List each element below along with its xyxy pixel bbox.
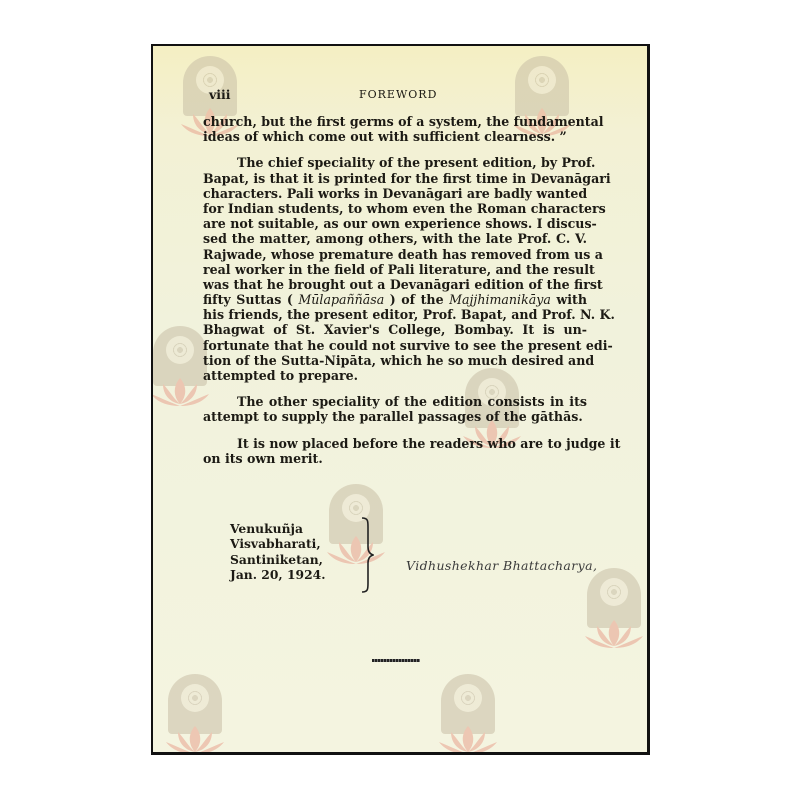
text-line: church, but the first germs of a system,…	[203, 114, 587, 129]
text-line: The other speciality of the edition cons…	[203, 394, 587, 409]
text-line: Rajwade, whose premature death has remov…	[203, 247, 587, 262]
text-line-with-italics: fifty Suttas ( Mūlapaññāsa ) of the Majj…	[203, 292, 587, 307]
text-line: for Indian students, to whom even the Ro…	[203, 201, 587, 216]
signer-name: Vidhushekhar Bhattacharya,	[406, 558, 597, 573]
italic-title: Mūlapaññāsa	[298, 292, 384, 307]
page-number: viii	[209, 87, 231, 102]
text-line: ideas of which come out with sufficient …	[203, 129, 587, 144]
text-line: fortunate that he could not survive to s…	[203, 338, 587, 353]
text-line: characters. Pali works in Devanāgari are…	[203, 186, 587, 201]
text-line: on its own merit.	[203, 451, 587, 466]
text-line: are not suitable, as our own experience …	[203, 216, 587, 231]
text-line: attempted to prepare.	[203, 368, 587, 383]
text-line: attempt to supply the parallel passages …	[203, 409, 587, 424]
text-line: tion of the Sutta-Nipāta, which he so mu…	[203, 353, 587, 368]
italic-title: Majjhimanikāya	[449, 292, 551, 307]
text-line: sed the matter, among others, with the l…	[203, 231, 587, 246]
page-header: viii FOREWORD	[209, 87, 589, 103]
end-ornament	[372, 659, 420, 662]
text-line: Bhagwat of St. Xavier's College, Bombay.…	[203, 322, 587, 337]
running-head: FOREWORD	[359, 87, 437, 102]
curly-brace-icon	[360, 517, 374, 593]
text-line: The chief speciality of the present edit…	[203, 155, 587, 170]
text-line: real worker in the field of Pali literat…	[203, 262, 587, 277]
text-line: his friends, the present editor, Prof. B…	[203, 307, 587, 322]
text-line: was that he brought out a Devanāgari edi…	[203, 277, 587, 292]
text-line: It is now placed before the readers who …	[203, 436, 587, 451]
text-line: Bapat, is that it is printed for the fir…	[203, 171, 587, 186]
signature-place-date: Venukuñja Visvabharati, Santiniketan, Ja…	[230, 521, 325, 582]
foreword-body: church, but the first germs of a system,…	[203, 114, 587, 466]
book-page: viii FOREWORD church, but the first germ…	[151, 44, 650, 755]
